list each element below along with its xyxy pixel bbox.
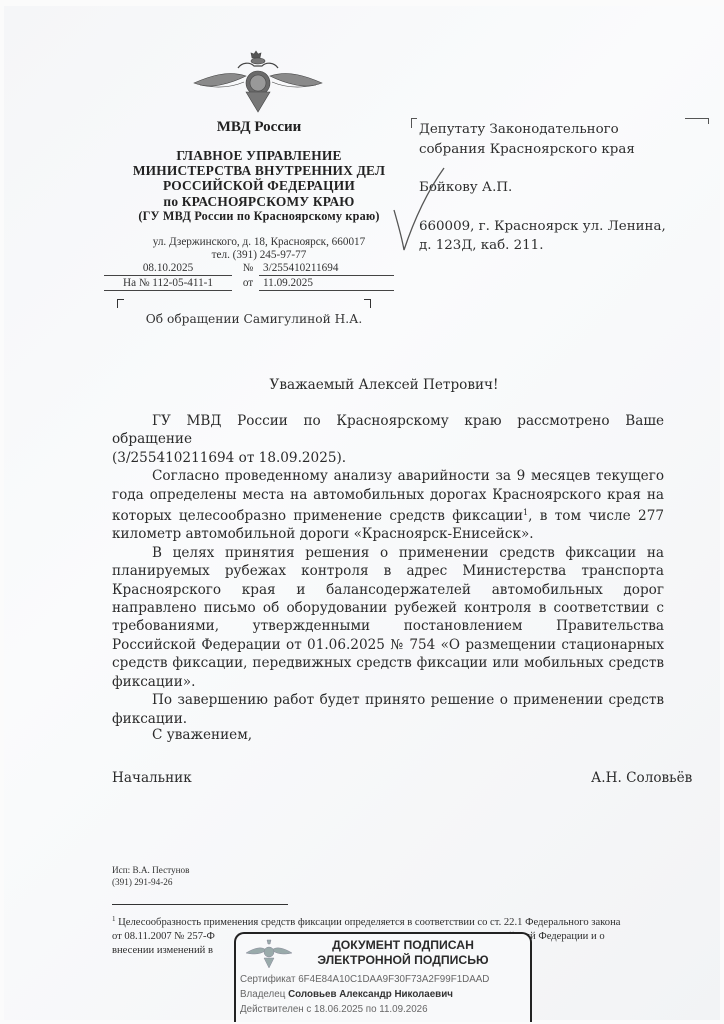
- letter-subject: Об обращении Самигулиной Н.А.: [104, 312, 404, 326]
- addressee-position: собрания Красноярского края: [419, 140, 666, 160]
- executor-info: Исп: В.А. Пестунов (391) 291-94-26: [112, 864, 190, 888]
- org-full-name: ГЛАВНОЕ УПРАВЛЕНИЕ МИНИСТЕРСТВА ВНУТРЕНН…: [104, 148, 414, 224]
- esign-validity: Действителен с 18.06.2025 по 11.09.2026: [240, 1004, 428, 1015]
- esign-owner: Владелец Соловьев Александр Николаевич: [240, 989, 453, 1000]
- reference-row: На № 112-05-411-1 от 11.09.2025: [104, 277, 394, 292]
- org-line: ГЛАВНОЕ УПРАВЛЕНИЕ: [104, 148, 414, 163]
- subject-corner-left: [117, 299, 124, 308]
- registration-number: 3/255410211694: [259, 262, 394, 276]
- reference-from-label: от: [237, 277, 259, 289]
- mvd-emblem-icon: [244, 936, 294, 970]
- esign-certificate: Сертификат 6F4E84A10C1DAA9F30F73A2F99F1D…: [240, 974, 489, 985]
- addressee-corner-left: [411, 118, 417, 128]
- esign-title: ДОКУМЕНТ ПОДПИСАН ЭЛЕКТРОННОЙ ПОДПИСЬЮ: [298, 938, 508, 968]
- closing: С уважением,: [152, 727, 252, 743]
- handwritten-checkmark-icon: [388, 166, 448, 256]
- paragraph: ГУ МВД России по Красноярскому краю расс…: [112, 412, 664, 449]
- signer-title: Начальник: [112, 770, 192, 786]
- org-line: по КРАСНОЯРСКОМУ КРАЮ: [104, 194, 414, 209]
- electronic-signature-stamp: ДОКУМЕНТ ПОДПИСАН ЭЛЕКТРОННОЙ ПОДПИСЬЮ С…: [234, 932, 532, 1022]
- addressee-address: 660009, г. Красноярск ул. Ленина,: [419, 217, 666, 237]
- executor-name: Исп: В.А. Пестунов: [112, 864, 190, 876]
- mvd-emblem-icon: [190, 50, 326, 116]
- registration-date: 08.10.2025: [104, 262, 232, 276]
- addressee-block: Депутату Законодательного собрания Красн…: [419, 120, 666, 256]
- org-line: РОССИЙСКОЙ ФЕДЕРАЦИИ: [104, 178, 414, 193]
- footnote-divider: [112, 904, 288, 905]
- letter-body: ГУ МВД России по Красноярскому краю расс…: [112, 412, 664, 728]
- org-short-name: МВД России: [104, 119, 414, 136]
- paragraph: В целях принятия решения о применении ср…: [112, 544, 664, 691]
- executor-phone: (391) 291-94-26: [112, 876, 190, 888]
- org-line: (ГУ МВД России по Красноярскому краю): [104, 209, 414, 224]
- salutation: Уважаемый Алексей Петрович!: [104, 377, 664, 393]
- org-phone: тел. (391) 245-97-77: [104, 249, 414, 262]
- reference-number: На № 112-05-411-1: [104, 277, 232, 291]
- paragraph: По завершению работ будет принято решени…: [112, 691, 664, 728]
- paragraph: (3/255410211694 от 18.09.2025).: [112, 449, 664, 467]
- signer-name: А.Н. Соловьёв: [591, 770, 692, 786]
- addressee-name: Бойкову А.П.: [419, 178, 666, 198]
- reference-date: 11.09.2025: [259, 277, 394, 291]
- registration-row: 08.10.2025 № 3/255410211694: [104, 262, 394, 277]
- addressee-corner-right: [685, 118, 709, 124]
- document-page: МВД России ГЛАВНОЕ УПРАВЛЕНИЕ МИНИСТЕРСТ…: [4, 6, 720, 1020]
- addressee-position: Депутату Законодательного: [419, 120, 666, 140]
- paragraph: Согласно проведенному анализу аварийност…: [112, 467, 664, 544]
- org-address: ул. Дзержинского, д. 18, Красноярск, 660…: [104, 236, 414, 249]
- org-line: МИНИСТЕРСТВА ВНУТРЕННИХ ДЕЛ: [104, 163, 414, 178]
- footnote-mark: 1: [112, 915, 116, 923]
- subject-corner-right: [364, 299, 371, 308]
- number-label: №: [237, 262, 259, 274]
- org-contacts: ул. Дзержинского, д. 18, Красноярск, 660…: [104, 236, 414, 262]
- addressee-address: д. 123Д, каб. 211.: [419, 236, 666, 256]
